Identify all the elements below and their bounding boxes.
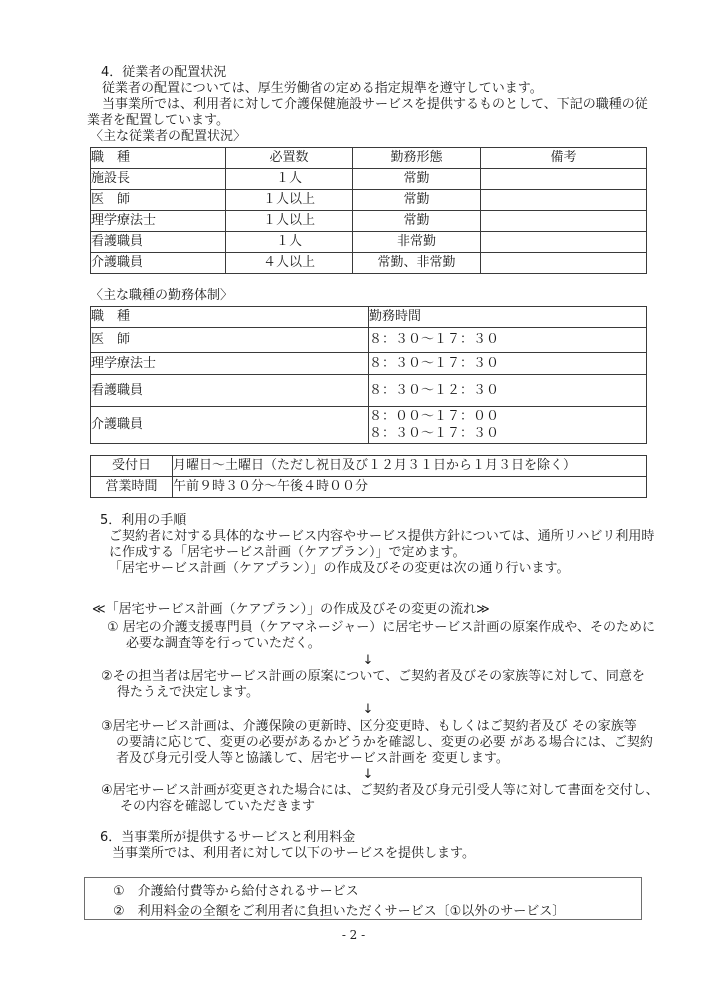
section5-heading: 5．利用の手順 <box>100 513 186 529</box>
table-row: 医 師 ８：３０～１７：３０ <box>91 328 647 353</box>
paragraph-line: 「居宅サービス計画（ケアプラン）」の作成及びその変更は次の通り行います。 <box>109 561 569 577</box>
table-cell: 常勤、非常勤 <box>353 253 481 274</box>
flow-step-line: 者及び身元引受人等と協議して、居宅サービス計画を 変更します。 <box>116 751 509 767</box>
table-row: 介護職員 ８：００～１７：００ ８：３０～１７：３０ <box>91 407 647 444</box>
paragraph-line: 当事業所では、利用者に対して以下のサービスを提供します。 <box>112 846 475 862</box>
flow-arrow-icon: ↓ <box>90 767 646 783</box>
shift-hours-line: ８：３０～１７：３０ <box>369 425 646 442</box>
table-row: 看護職員 １人 非常勤 <box>91 232 647 253</box>
staffing-table-caption: 〈主な従業者の配置状況〉 <box>90 129 246 145</box>
paragraph-line: 従業者の配置については、厚生労働省の定める指定規準を遵守しています。 <box>102 81 543 97</box>
table-row: 施設長 １人 常勤 <box>91 169 647 190</box>
table-cell: 看護職員 <box>91 375 369 407</box>
table-cell: ４人以上 <box>226 253 353 274</box>
page-number: - 2 - <box>0 927 707 943</box>
shift-table: 職 種 勤務時間 医 師 ８：３０～１７：３０ 理学療法士 ８：３０～１７：３０… <box>90 306 647 444</box>
table-row: 看護職員 ８：３０～１２：３０ <box>91 375 647 407</box>
flow-arrow-icon: ↓ <box>90 653 646 669</box>
table-cell: 営業時間 <box>91 477 173 498</box>
document-page: 4．従業者の配置状況 従業者の配置については、厚生労働省の定める指定規準を遵守し… <box>0 0 707 1000</box>
section4-heading: 4．従業者の配置状況 <box>101 65 226 81</box>
table-cell: 介護職員 <box>91 253 226 274</box>
table-cell <box>481 190 647 211</box>
table-cell: １人 <box>226 169 353 190</box>
flow-step-line: の要請に応じて、変更の必要があるかどうかを確認し、変更の必要 がある場合には、ご… <box>116 735 653 751</box>
section6-heading: 6．当事業所が提供するサービスと利用料金 <box>100 830 355 846</box>
table-cell: 介護職員 <box>91 407 369 444</box>
table-cell: 施設長 <box>91 169 226 190</box>
table-cell: 月曜日～土曜日（ただし祝日及び１２月３１日から１月３日を除く） <box>173 456 647 477</box>
table-cell: 午前９時３０分～午後４時００分 <box>173 477 647 498</box>
table-row: 医 師 １人以上 常勤 <box>91 190 647 211</box>
paragraph-line: ご契約者に対する具体的なサービス内容やサービス提供方針については、通所リハビリ利… <box>109 529 654 545</box>
table-cell: 理学療法士 <box>91 353 369 375</box>
table-cell: ８：３０～１７：３０ <box>369 328 647 353</box>
table-cell: １人以上 <box>226 211 353 232</box>
table-row: 受付日 月曜日～土曜日（ただし祝日及び１２月３１日から１月３日を除く） <box>91 456 647 477</box>
flow-heading: ≪「居宅サービス計画（ケアプラン）」の作成及びその変更の流れ≫ <box>92 602 490 618</box>
business-hours-table: 受付日 月曜日～土曜日（ただし祝日及び１２月３１日から１月３日を除く） 営業時間… <box>90 455 647 498</box>
table-cell <box>481 211 647 232</box>
table-cell: 看護職員 <box>91 232 226 253</box>
services-box: ① 介護給付費等から給付されるサービス ② 利用料金の全額をご利用者に負担いただ… <box>84 877 642 920</box>
table-row: 営業時間 午前９時３０分～午後４時００分 <box>91 477 647 498</box>
table-cell: 常勤 <box>353 169 481 190</box>
table-header-cell: 必置数 <box>226 148 353 169</box>
flow-step-line: 必要な調査等を行っていただく。 <box>126 636 321 652</box>
flow-step-line: ① 居宅の介護支援専門員（ケアマネージャー）に居宅サービス計画の原案作成や、その… <box>107 620 655 636</box>
table-cell <box>481 253 647 274</box>
table-cell: 受付日 <box>91 456 173 477</box>
flow-step-line: ④居宅サービス計画が変更された場合には、ご契約者及び身元引受人等に対して書面を交… <box>101 783 659 799</box>
staffing-table: 職 種 必置数 勤務形態 備考 施設長 １人 常勤 医 師 １人以上 常勤 理学… <box>90 147 647 274</box>
table-cell: 常勤 <box>353 211 481 232</box>
table-header-cell: 勤務形態 <box>353 148 481 169</box>
flow-arrow-icon: ↓ <box>90 702 646 718</box>
shift-table-caption: 〈主な職種の勤務体制〉 <box>90 288 233 304</box>
table-cell: １人 <box>226 232 353 253</box>
table-cell: 医 師 <box>91 328 369 353</box>
table-header-cell: 勤務時間 <box>369 307 647 328</box>
flow-step-line: その内容を確認していただきます <box>120 799 315 815</box>
table-row: 理学療法士 ８：３０～１７：３０ <box>91 353 647 375</box>
table-cell: ８：００～１７：００ ８：３０～１７：３０ <box>369 407 647 444</box>
service-item: ① 介護給付費等から給付されるサービス <box>113 882 641 902</box>
table-cell: 理学療法士 <box>91 211 226 232</box>
paragraph-line: 業者を配置しています。 <box>87 113 229 129</box>
table-cell: ８：３０～１７：３０ <box>369 353 647 375</box>
table-cell <box>481 232 647 253</box>
table-row: 介護職員 ４人以上 常勤、非常勤 <box>91 253 647 274</box>
table-cell: 医 師 <box>91 190 226 211</box>
table-cell: 非常勤 <box>353 232 481 253</box>
table-cell: 常勤 <box>353 190 481 211</box>
flow-step-line: ②その担当者は居宅サービス計画の原案について、ご契約者及びその家族等に対して、同… <box>101 669 645 685</box>
table-cell <box>481 169 647 190</box>
flow-step-line: ③居宅サービス計画は、介護保険の更新時、区分変更時、もしくはご契約者及び その家… <box>101 719 637 735</box>
service-item: ② 利用料金の全額をご利用者に負担いただくサービス〔①以外のサービス〕 <box>113 902 641 922</box>
table-header-cell: 職 種 <box>91 307 369 328</box>
paragraph-line: 当事業所では、利用者に対して介護保健施設サービスを提供するものとして、下記の職種… <box>102 97 648 113</box>
shift-hours-line: ８：００～１７：００ <box>369 408 646 425</box>
flow-step-line: 得たうえで決定します。 <box>117 685 259 701</box>
table-cell: １人以上 <box>226 190 353 211</box>
table-header-cell: 職 種 <box>91 148 226 169</box>
paragraph-line: に作成する「居宅サービス計画（ケアプラン）」で定めます。 <box>109 545 465 561</box>
table-header-cell: 備考 <box>481 148 647 169</box>
table-row: 理学療法士 １人以上 常勤 <box>91 211 647 232</box>
table-cell: ８：３０～１２：３０ <box>369 375 647 407</box>
